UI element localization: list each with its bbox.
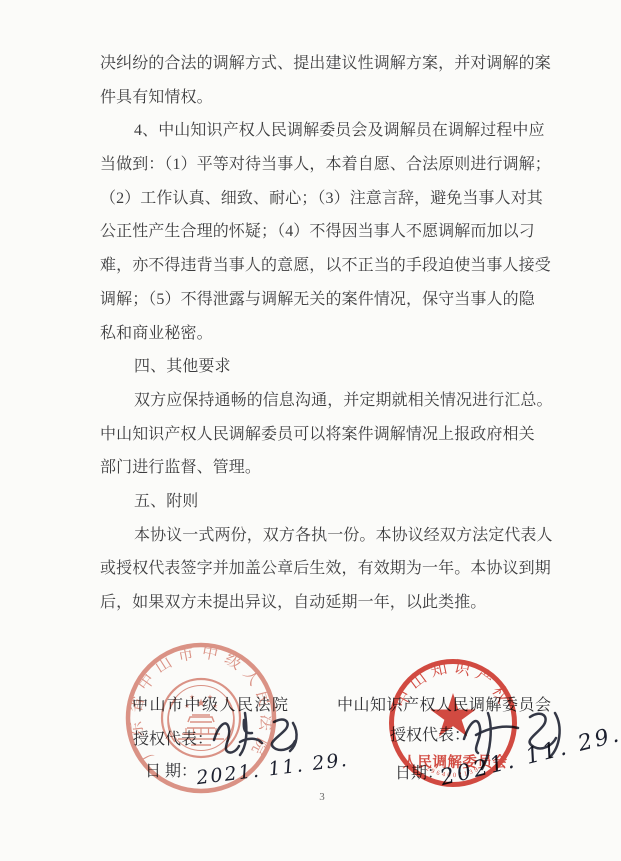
- scanned-agreement-page: 决纠纷的合法的调解方式、提出建议性调解方案，并对调解的案 件具有知情权。 4、中…: [0, 0, 621, 861]
- right-date-label: 日期：: [395, 760, 443, 783]
- body-line: 调解；（5）不得泄露与调解无关的案件情况，保守当事人的隐: [100, 283, 552, 317]
- body-line: 部门进行监督、管理。: [100, 451, 552, 485]
- page-number: 3: [0, 791, 621, 803]
- body-line: 难，亦不得违背当事人的意愿，以不正当的手段迫使当事人接受: [100, 249, 552, 283]
- body-line: 决纠纷的合法的调解方式、提出建议性调解方案，并对调解的案: [100, 47, 552, 81]
- left-date-label: 日 期：: [145, 758, 197, 781]
- body-line: 或授权代表签字并加盖公章后生效，有效期为一年。本协议到期: [100, 552, 552, 586]
- section-heading: 四、其他要求: [100, 350, 552, 384]
- body-line: 中山知识产权人民调解委员可以将案件调解情况上报政府相关: [100, 418, 552, 452]
- body-line: （2）工作认真、细致、耐心；（3）注意言辞，避免当事人对其: [100, 182, 552, 216]
- body-line: 本协议一式两份，双方各执一份。本协议经双方法定代表人: [100, 519, 552, 553]
- document-body: 决纠纷的合法的调解方式、提出建议性调解方案，并对调解的案 件具有知情权。 4、中…: [100, 47, 552, 620]
- body-line: 双方应保持通畅的信息沟通，并定期就相关情况进行汇总。: [100, 384, 552, 418]
- body-line: 件具有知情权。: [100, 81, 552, 115]
- right-handwritten-signature: [452, 695, 577, 773]
- body-line: 当做到：（1）平等对待当事人，本着自愿、合法原则进行调解；: [100, 148, 552, 182]
- body-line: 后，如果双方未提出异议，自动延期一年，以此类推。: [100, 586, 552, 620]
- left-handwritten-signature: [200, 700, 310, 770]
- body-line: 公正性产生合理的怀疑；（4）不得因当事人不愿调解而加以刁: [100, 215, 552, 249]
- section-heading: 五、附则: [100, 485, 552, 519]
- body-line: 私和商业秘密。: [100, 317, 552, 351]
- body-line: 4、中山知识产权人民调解委员会及调解员在调解过程中应: [100, 114, 552, 148]
